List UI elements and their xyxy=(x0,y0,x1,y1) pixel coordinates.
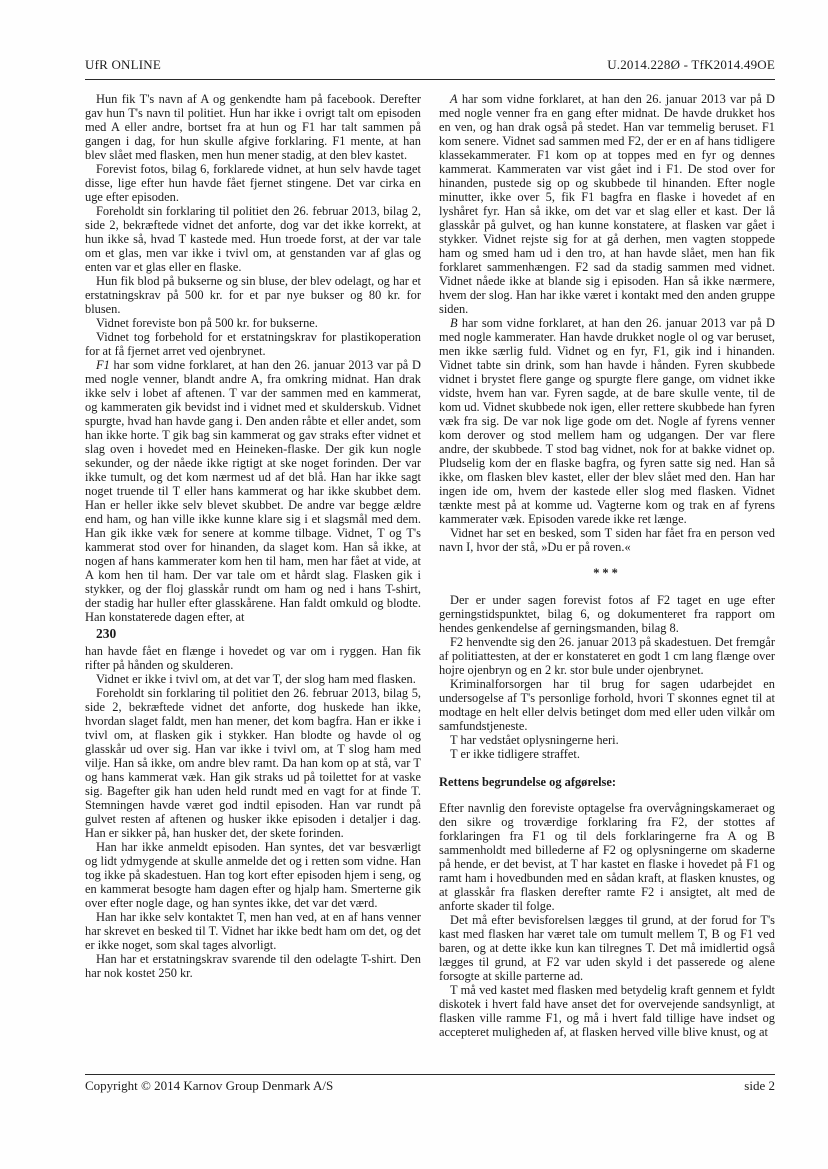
witness-designation: F1 xyxy=(96,358,110,372)
paragraph: T har vedstået oplysningerne heri. xyxy=(439,733,775,747)
paragraph: han havde fået en flænge i hovedet og va… xyxy=(85,644,421,672)
witness-designation: A xyxy=(450,92,458,106)
paragraph: T må ved kastet med flasken med betydeli… xyxy=(439,983,775,1039)
footer-rule xyxy=(85,1074,775,1075)
paragraph: Han har ikke anmeldt episoden. Han synte… xyxy=(85,840,421,910)
paragraph: Foreholdt sin forklaring til politiet de… xyxy=(85,204,421,274)
paragraph: Vidnet er ikke i tvivl om, at det var T,… xyxy=(85,672,421,686)
text-columns: Hun fik T's navn af A og genkendte ham p… xyxy=(85,92,775,1072)
paragraph: Foreholdt sin forklaring til politiet de… xyxy=(85,686,421,840)
document-page: UfR ONLINE U.2014.228Ø - TfK2014.49OE Hu… xyxy=(0,0,828,1169)
paragraph: Der er under sagen forevist fotos af F2 … xyxy=(439,593,775,635)
paragraph: Vidnet tog forbehold for et erstatningsk… xyxy=(85,330,421,358)
paragraph: Efter navnlig den foreviste optagelse fr… xyxy=(439,801,775,913)
paragraph: Kriminalforsorgen har til brug for sagen… xyxy=(439,677,775,733)
page-number-marker: 230 xyxy=(96,627,421,641)
paragraph: Vidnet har set en besked, som T siden ha… xyxy=(439,526,775,554)
section-separator: *** xyxy=(439,566,775,580)
section-heading: Rettens begrundelse og afgørelse: xyxy=(439,775,775,789)
publication-title: UfR ONLINE xyxy=(85,57,161,73)
right-column: A har som vidne forklaret, at han den 26… xyxy=(439,92,775,1072)
paragraph: Det må efter bevisforelsen lægges til gr… xyxy=(439,913,775,983)
paragraph: A har som vidne forklaret, at han den 26… xyxy=(439,92,775,316)
page-number: side 2 xyxy=(744,1078,775,1094)
witness-designation: B xyxy=(450,316,458,330)
paragraph: Forevist fotos, bilag 6, forklarede vidn… xyxy=(85,162,421,204)
paragraph: Han har et erstatningskrav svarende til … xyxy=(85,952,421,980)
paragraph: T er ikke tidligere straffet. xyxy=(439,747,775,761)
paragraph: Hun fik T's navn af A og genkendte ham p… xyxy=(85,92,421,162)
paragraph: Hun fik blod på bukserne og sin bluse, d… xyxy=(85,274,421,316)
left-column: Hun fik T's navn af A og genkendte ham p… xyxy=(85,92,421,1072)
case-reference: U.2014.228Ø - TfK2014.49OE xyxy=(607,57,775,73)
header-rule xyxy=(85,79,775,80)
paragraph: Vidnet foreviste bon på 500 kr. for buks… xyxy=(85,316,421,330)
copyright-notice: Copyright © 2014 Karnov Group Denmark A/… xyxy=(85,1078,333,1094)
paragraph: F2 henvendte sig den 26. januar 2013 på … xyxy=(439,635,775,677)
paragraph: F1 har som vidne forklaret, at han den 2… xyxy=(85,358,421,624)
paragraph: Han har ikke selv kontaktet T, men han v… xyxy=(85,910,421,952)
page-header: UfR ONLINE U.2014.228Ø - TfK2014.49OE xyxy=(85,57,775,73)
page-footer: Copyright © 2014 Karnov Group Denmark A/… xyxy=(85,1078,775,1094)
paragraph: B har som vidne forklaret, at han den 26… xyxy=(439,316,775,526)
